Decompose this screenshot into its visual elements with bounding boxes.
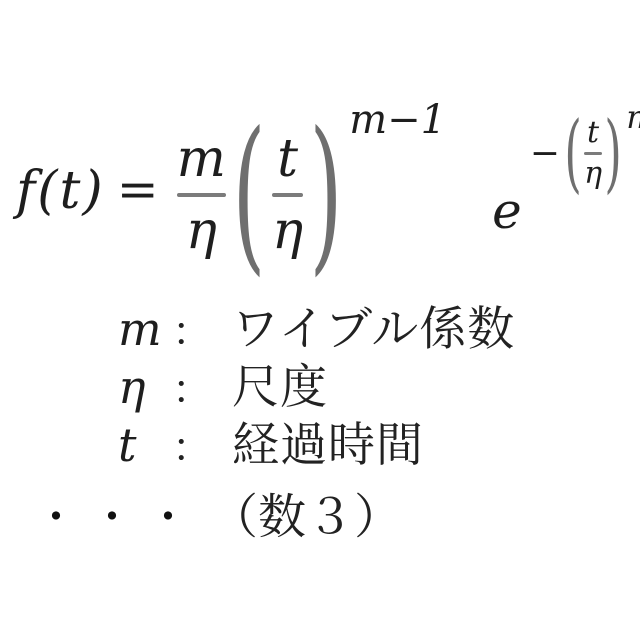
legend-row-m: m ： ワイブル係数 [118,292,515,350]
euler-e: e [492,182,522,240]
power-exponent: m−1 [349,97,446,143]
close-parenthesis-small: ) [604,110,621,196]
legend-symbol-m: m [118,302,172,356]
fraction-bar [584,152,602,155]
exponent-fraction: t η [582,118,604,189]
exponent-numerator: t [587,118,599,148]
legend-description-eta: 尺度 [232,350,328,417]
equals-sign: = [117,160,159,218]
ellipsis-dots: ・・・ [34,481,202,545]
coefficient-numerator: m [177,133,226,185]
legend-symbol-t: t [118,418,172,472]
function-lhs: f(t) [16,161,105,221]
base-fraction: t η [268,133,307,257]
fraction-bar [272,193,303,197]
exponential-superscript: − ( t η ) m [530,118,640,189]
base-numerator: t [277,133,298,185]
legend-description-m: ワイブル係数 [232,292,515,359]
weibull-formula-figure: f(t) = m η ( t η ) m−1 e − ( t η [0,0,640,640]
coefficient-denominator: η [186,205,217,257]
legend-row-t: t ： 経過時間 [118,408,515,466]
close-parenthesis: ) [310,109,343,277]
legend-symbol-eta: η [118,360,172,414]
outer-exponent-m: m [626,98,640,136]
open-parenthesis-small: ( [564,110,581,196]
equation-number-label: （数３） [210,478,402,547]
exponent-denominator: η [584,159,602,189]
equation-reference: ・・・ （数３） [34,478,402,547]
legend-colon: ： [172,416,212,473]
exponential-term: e − ( t η ) m [492,160,640,231]
minus-sign: − [530,133,560,174]
base-denominator: η [272,205,303,257]
variable-legend: m ： ワイブル係数 η ： 尺度 t ： 経過時間 [118,292,515,466]
fraction-bar [177,193,226,197]
legend-colon: ： [172,300,212,357]
coefficient-fraction: m η [173,133,230,257]
legend-colon: ： [172,358,212,415]
weibull-pdf-equation: f(t) = m η ( t η ) m−1 e − ( t η [16,133,640,257]
open-parenthesis: ( [232,109,265,277]
legend-description-t: 経過時間 [232,408,424,475]
